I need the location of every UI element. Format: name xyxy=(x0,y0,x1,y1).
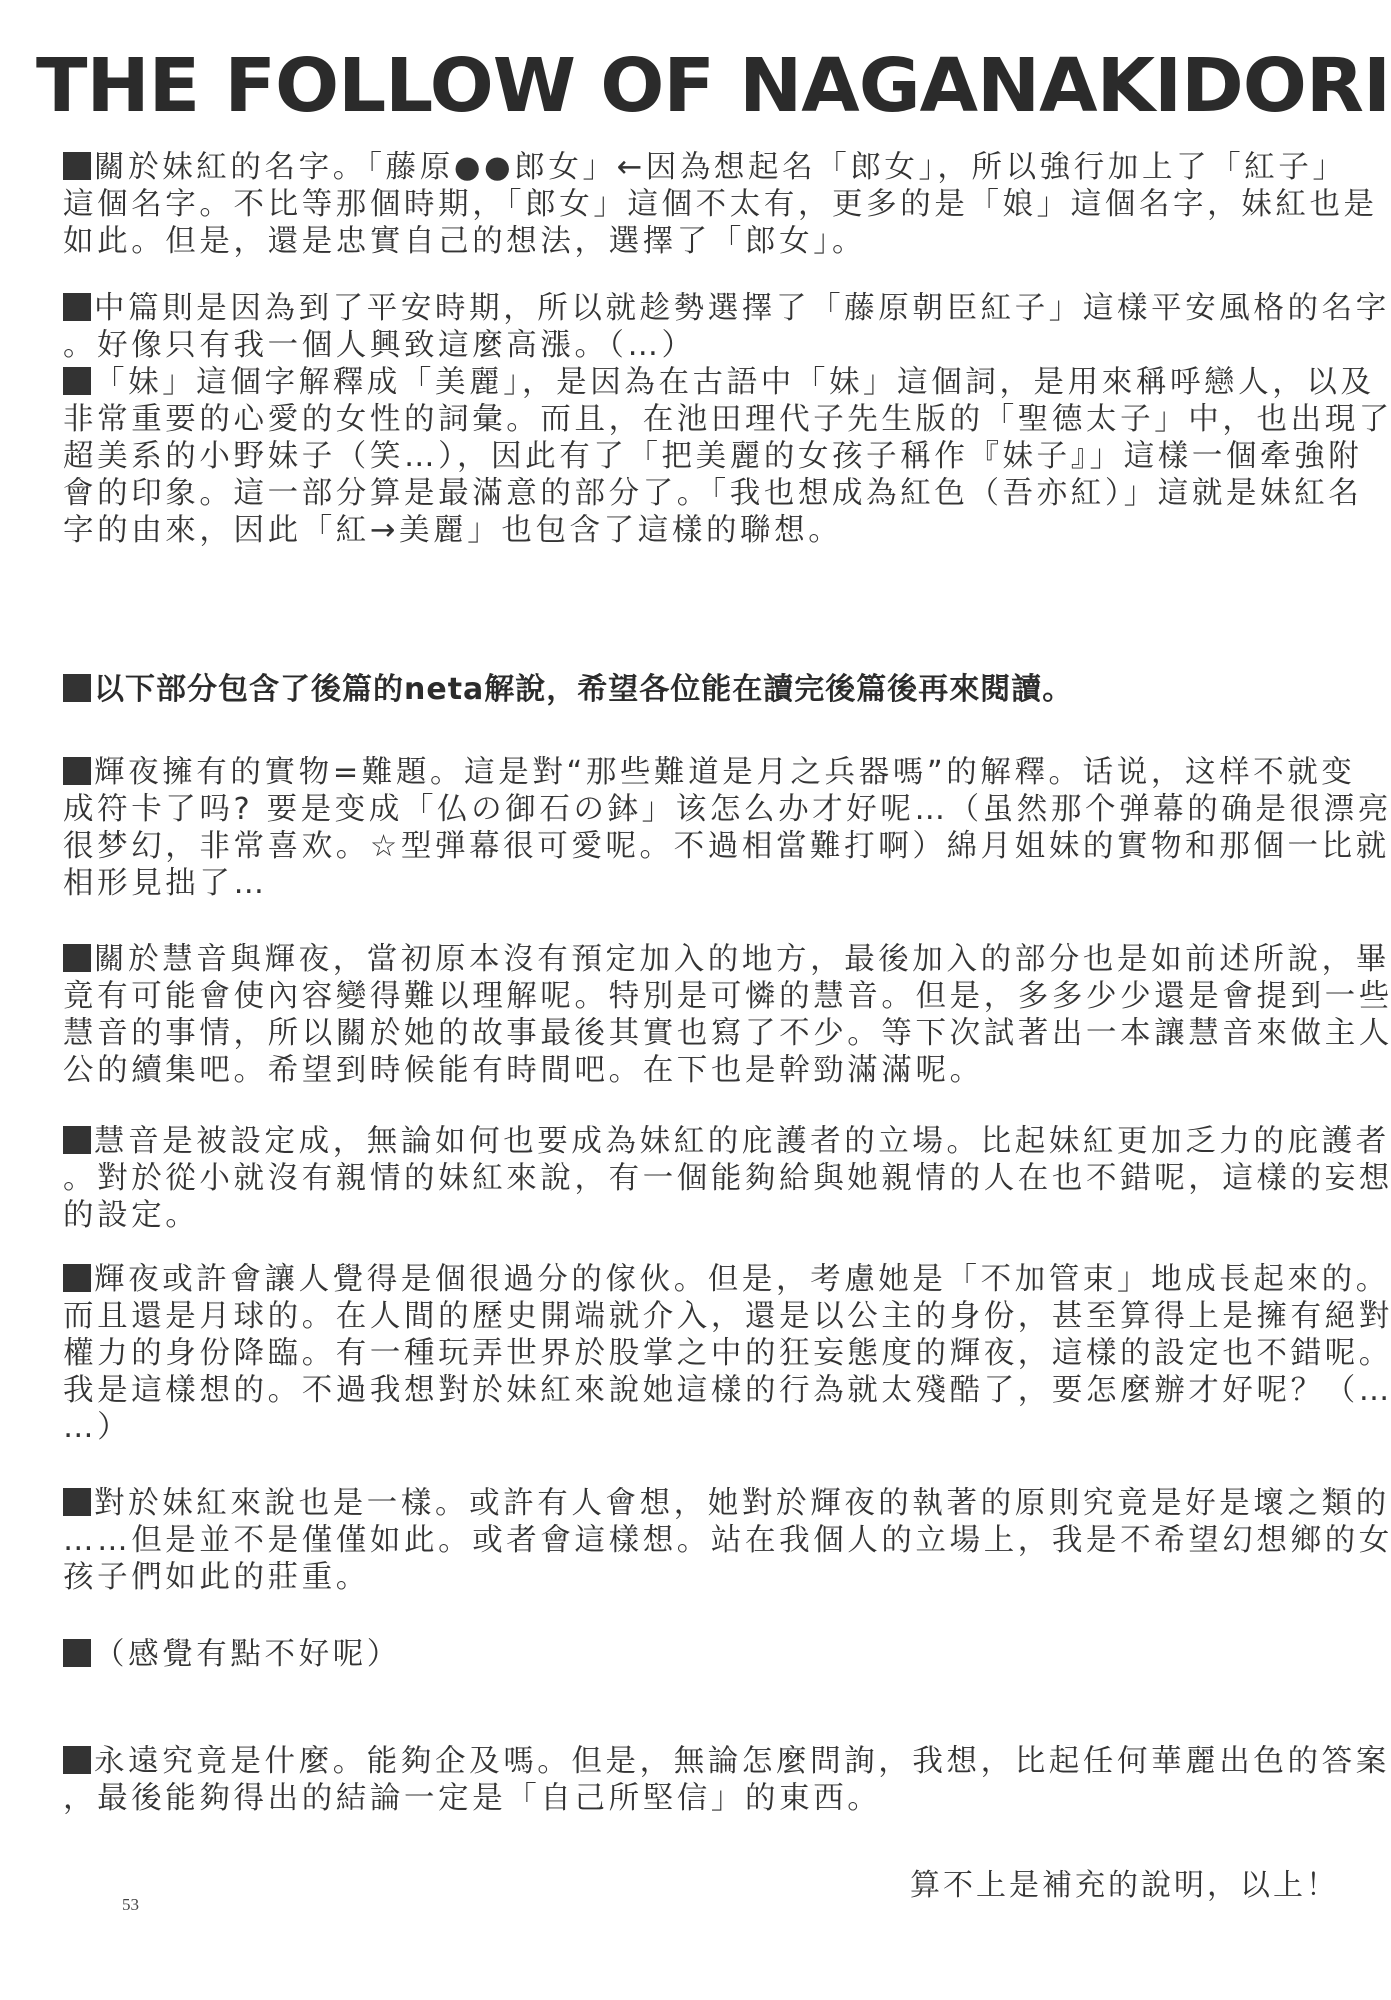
paragraph-line: 字的由來，因此「紅→美麗」也包含了這樣的聯想。 xyxy=(63,513,842,549)
paragraph-line: 輝夜或許會讓人覺得是個很過分的傢伙。但是，考慮她是「不加管束」地成長起來的。 xyxy=(63,1262,1390,1298)
spoiler-warning-heading: 以下部分包含了後篇的neta解說，希望各位能在讀完後篇後再來閱讀。 xyxy=(63,672,1073,708)
square-bullet-icon xyxy=(63,1639,91,1667)
paragraph-line: 超美系的小野妹子（笑…），因此有了「把美麗的女孩子稱作『妹子』」這樣一個牽強附 xyxy=(63,439,1362,475)
paragraph-line: 關於妹紅的名字。「藤原●●郎女」←因為想起名「郎女」，所以強行加上了「紅子」 xyxy=(63,150,1347,186)
square-bullet-icon xyxy=(63,1488,91,1516)
paragraph-line: 「妹」這個字解釋成「美麗」，是因為在古語中「妹」這個詞，是用來稱呼戀人，以及 xyxy=(63,365,1375,401)
paragraph-line: 公的續集吧。希望到時候能有時間吧。在下也是幹勁滿滿呢。 xyxy=(63,1053,984,1089)
square-bullet-icon xyxy=(63,674,91,702)
paragraph-line: 關於慧音與輝夜，當初原本沒有預定加入的地方，最後加入的部分也是如前述所說，畢 xyxy=(63,942,1390,978)
square-bullet-icon xyxy=(63,757,91,785)
paragraph-line: 相形見拙了… xyxy=(63,866,268,902)
paragraph-line: 輝夜擁有的實物=難題。這是對“那些難道是月之兵器嗎”的解釋。话说，这样不就变 xyxy=(63,755,1355,791)
paragraph-line: 中篇則是因為到了平安時期，所以就趁勢選擇了「藤原朝臣紅子」這樣平安風格的名字 xyxy=(63,291,1390,327)
paragraph-line: 永遠究竟是什麼。能夠企及嗎。但是，無論怎麼問詢，我想，比起任何華麗出色的答案 xyxy=(63,1744,1390,1780)
paragraph-line: 會的印象。這一部分算是最滿意的部分了。「我也想成為紅色（吾亦紅）」這就是妹紅名 xyxy=(63,476,1362,512)
square-bullet-icon xyxy=(63,367,91,395)
paragraph-line: 的設定。 xyxy=(63,1198,199,1234)
square-bullet-icon xyxy=(63,1746,91,1774)
title-text: THE FOLLOW OF NAGANAKIDORI xyxy=(36,43,1390,129)
paragraph-line: 我是這樣想的。不過我想對於妹紅來說她這樣的行為就太殘酷了，要怎麼辦才好呢？（… xyxy=(63,1373,1391,1409)
paragraph-line: 竟有可能會使內容變得難以理解呢。特別是可憐的慧音。但是，多多少少還是會提到一些 xyxy=(63,979,1391,1015)
page-title: THE FOLLOW OF NAGANAKIDORI 2 xyxy=(36,36,1391,136)
paragraph-line: 如此。但是，還是忠實自己的想法，選擇了「郎女」。 xyxy=(63,224,866,260)
paragraph-line: ……但是並不是僅僅如此。或者會這樣想。站在我個人的立場上，我是不希望幻想鄉的女 xyxy=(63,1523,1391,1559)
closing-remark: 算不上是補充的說明，以上！ xyxy=(910,1860,1339,1904)
square-bullet-icon xyxy=(63,293,91,321)
paragraph-line: …） xyxy=(63,1410,131,1446)
paragraph-line: 權力的身份降臨。有一種玩弄世界於股掌之中的狂妄態度的輝夜，這樣的設定也不錯呢。 xyxy=(63,1336,1391,1372)
paragraph-line: 。對於從小就沒有親情的妹紅來說，有一個能夠給與她親情的人在也不錯呢，這樣的妄想 xyxy=(63,1161,1391,1197)
paragraph-line: 成符卡了吗? 要是变成「仏の御石の鉢」该怎么办才好呢…（虽然那个弹幕的确是很漂亮 xyxy=(63,792,1391,828)
square-bullet-icon xyxy=(63,1126,91,1154)
paragraph-line: 非常重要的心愛的女性的詞彙。而且，在池田理代子先生版的「聖德太子」中，也出現了 xyxy=(63,402,1391,438)
paragraph-line: 對於妹紅來說也是一樣。或許有人會想，她對於輝夜的執著的原則究竟是好是壞之類的 xyxy=(63,1486,1390,1522)
paragraph-line: 而且還是月球的。在人間的歷史開端就介入，還是以公主的身份，甚至算得上是擁有絕對 xyxy=(63,1299,1391,1335)
paragraph-line: 慧音的事情，所以關於她的故事最後其實也寫了不少。等下次試著出一本讓慧音來做主人 xyxy=(63,1016,1391,1052)
paragraph-line: 孩子們如此的莊重。 xyxy=(63,1560,370,1596)
paragraph-line: 這個名字。不比等那個時期，「郎女」這個不太有，更多的是「娘」這個名字，妹紅也是 xyxy=(63,187,1378,223)
square-bullet-icon xyxy=(63,152,91,180)
square-bullet-icon xyxy=(63,1264,91,1292)
paragraph-line: ，最後能夠得出的結論一定是「自己所堅信」的東西。 xyxy=(63,1781,881,1817)
paragraph-line: 很梦幻，非常喜欢。☆型弾幕很可愛呢。不過相當難打啊）綿月姐妹的實物和那個一比就 xyxy=(63,829,1390,865)
paragraph-line: 慧音是被設定成，無論如何也要成為妹紅的庇護者的立場。比起妹紅更加乏力的庇護者 xyxy=(63,1124,1390,1160)
page-number: 53 xyxy=(122,1895,139,1915)
paragraph-line: 。好像只有我一個人興致這麼高漲。（…） xyxy=(63,328,696,364)
paragraph-line: （感覺有點不好呢） xyxy=(63,1637,401,1673)
square-bullet-icon xyxy=(63,944,91,972)
